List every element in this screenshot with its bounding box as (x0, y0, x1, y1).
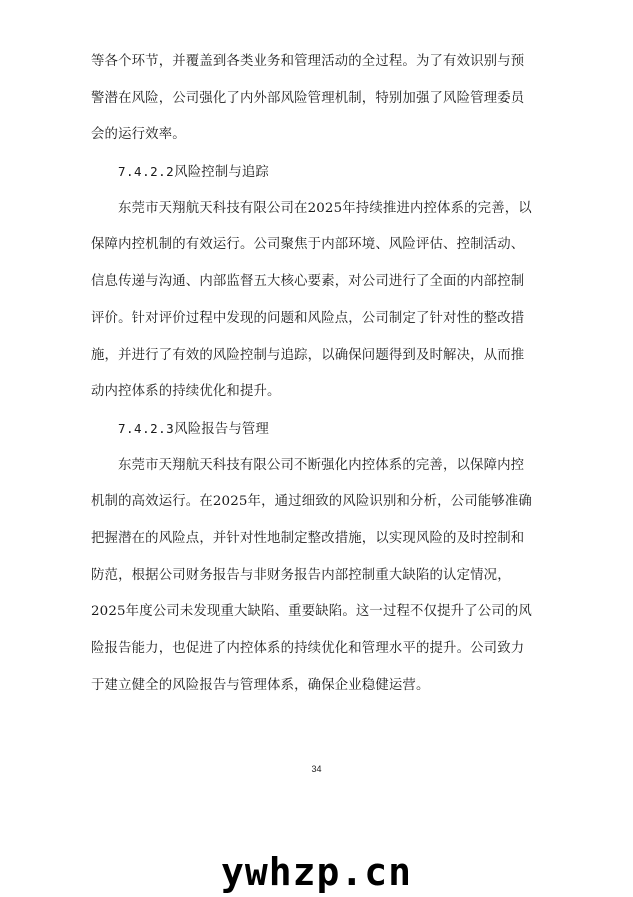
section-paragraph-risk-reporting: 东莞市天翔航天科技有限公司不断强化内控体系的完善，以保障内控 机制的高效运行。在… (91, 448, 539, 705)
section-number: 7.4.2.2 (118, 164, 174, 179)
text-line: 等各个环节，并覆盖到各类业务和管理活动的全过程。为了有效识别与预 (91, 44, 539, 81)
document-page: 等各个环节，并覆盖到各类业务和管理活动的全过程。为了有效识别与预 警潜在风险，公… (91, 44, 539, 704)
text-line: 2025年度公司未发现重大缺陷、重要缺陷。这一过程不仅提升了公司的风 (91, 594, 539, 631)
section-title: 风险控制与追踪 (174, 165, 269, 180)
section-title: 风险报告与管理 (174, 422, 269, 437)
text-line: 警潜在风险，公司强化了内外部风险管理机制，特别加强了风险管理委员 (91, 81, 539, 118)
text-line: 东莞市天翔航天科技有限公司在2025年持续推进内控体系的完善，以 (91, 191, 539, 228)
section-heading-7-4-2-2: 7.4.2.2风险控制与追踪 (91, 154, 539, 191)
text-line: 于建立健全的风险报告与管理体系，确保企业稳健运营。 (91, 668, 539, 705)
section-heading-7-4-2-3: 7.4.2.3风险报告与管理 (91, 411, 539, 448)
section-number: 7.4.2.3 (118, 421, 174, 436)
text-line: 信息传递与沟通、内部监督五大核心要素，对公司进行了全面的内部控制 (91, 264, 539, 301)
text-line: 机制的高效运行。在2025年，通过细致的风险识别和分析，公司能够准确 (91, 484, 539, 521)
text-line: 东莞市天翔航天科技有限公司不断强化内控体系的完善，以保障内控 (91, 448, 539, 485)
text-line: 保障内控机制的有效运行。公司聚焦于内部环境、风险评估、控制活动、 (91, 227, 539, 264)
text-line: 险报告能力，也促进了内控体系的持续优化和管理水平的提升。公司致力 (91, 631, 539, 668)
section-paragraph-risk-control: 东莞市天翔航天科技有限公司在2025年持续推进内控体系的完善，以 保障内控机制的… (91, 191, 539, 411)
page-number: 34 (0, 764, 633, 774)
text-line: 防范，根据公司财务报告与非财务报告内部控制重大缺陷的认定情况， (91, 558, 539, 595)
text-line: 把握潜在的风险点，并针对性地制定整改措施，以实现风险的及时控制和 (91, 521, 539, 558)
watermark: ywhzp.cn (0, 850, 633, 894)
text-line: 施，并进行了有效的风险控制与追踪，以确保问题得到及时解决，从而推 (91, 338, 539, 375)
text-line: 动内控体系的持续优化和提升。 (91, 374, 539, 411)
text-line: 会的运行效率。 (91, 117, 539, 154)
text-line: 评价。针对评价过程中发现的问题和风险点，公司制定了针对性的整改措 (91, 301, 539, 338)
paragraph-continuation: 等各个环节，并覆盖到各类业务和管理活动的全过程。为了有效识别与预 警潜在风险，公… (91, 44, 539, 154)
